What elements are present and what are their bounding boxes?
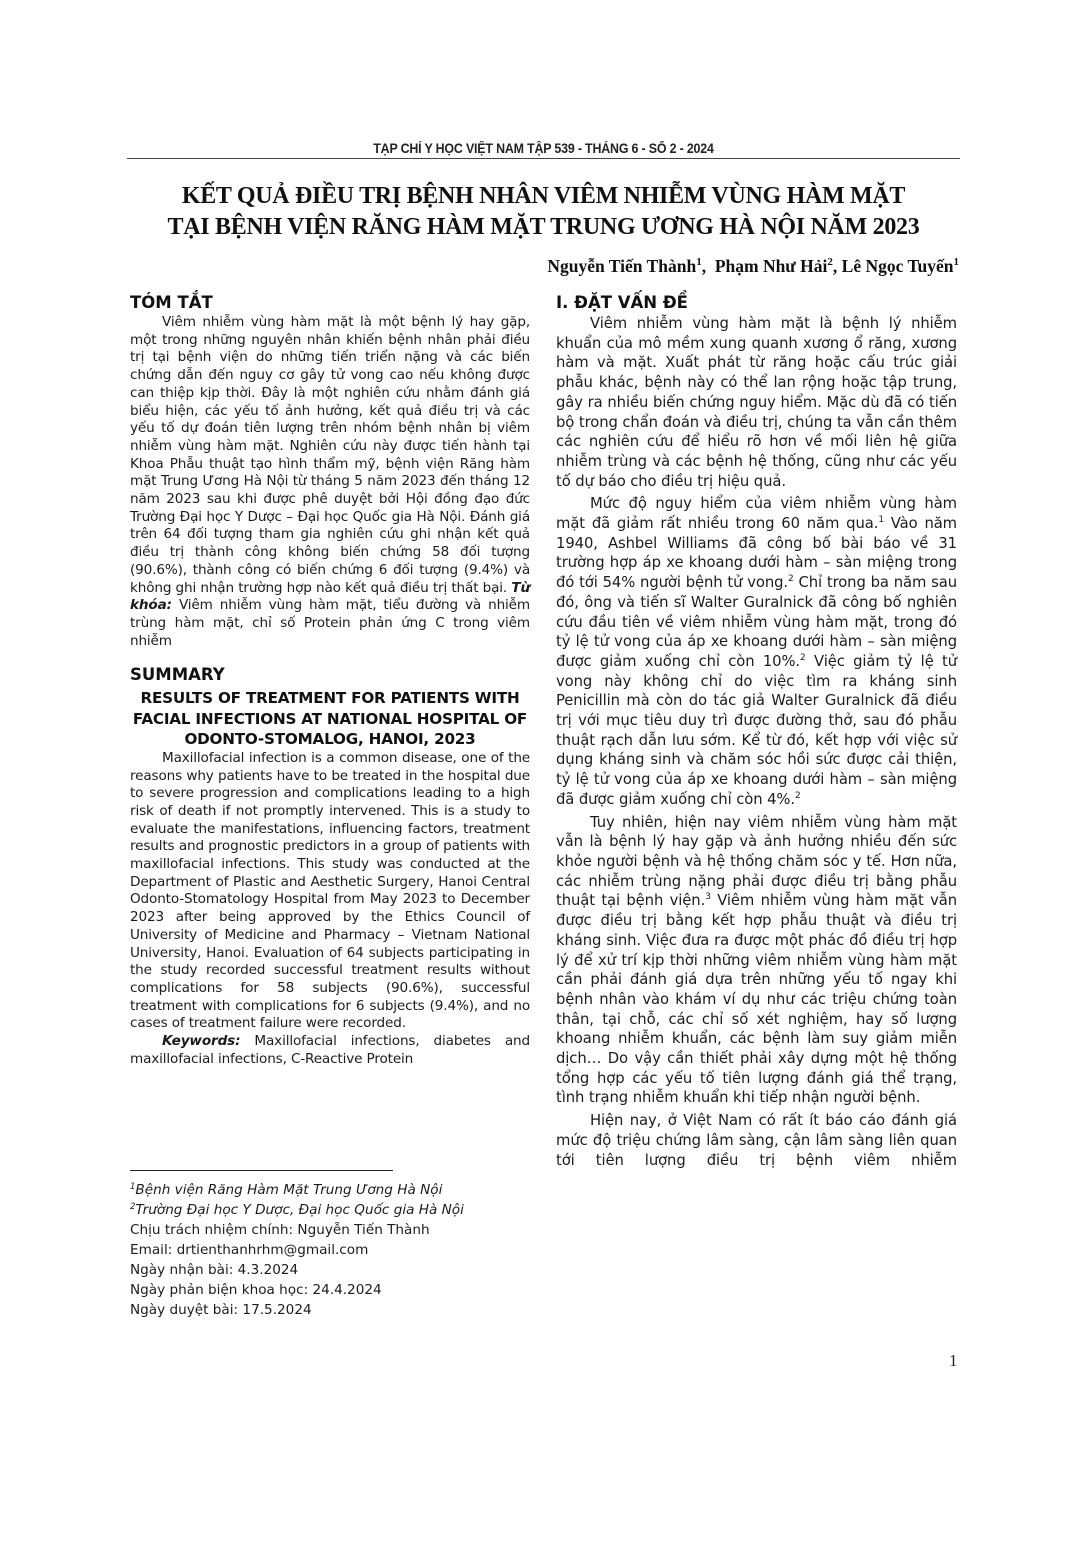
abstract-vi-body: Viêm nhiễm vùng hàm mặt là một bệnh lý h… xyxy=(130,314,530,650)
abstract-vi-text: Viêm nhiễm vùng hàm mặt là một bệnh lý h… xyxy=(130,314,530,596)
author-list: Nguyễn Tiến Thành1, Phạm Như Hải2, Lê Ng… xyxy=(547,256,959,277)
footnote-rule xyxy=(130,1170,393,1171)
header-rule xyxy=(127,158,960,159)
date-accepted: Ngày duyệt bài: 17.5.2024 xyxy=(130,1300,530,1320)
summary-heading: SUMMARY xyxy=(130,664,530,686)
text-run: Viêm nhiễm vùng hàm mặt vẫn được điều tr… xyxy=(556,892,957,1106)
english-title: RESULTS OF TREATMENT FOR PATIENTS WITH F… xyxy=(130,688,530,750)
page-number: 1 xyxy=(949,1351,958,1371)
affiliation-2-text: Trường Đại học Y Dược, Đại học Quốc gia … xyxy=(135,1202,463,1218)
introduction-heading: I. ĐẶT VẤN ĐỀ xyxy=(556,292,957,314)
keywords-en-label: Keywords: xyxy=(162,1033,240,1049)
keywords-vi: Viêm nhiễm vùng hàm mặt, tiểu đường và n… xyxy=(130,597,530,648)
right-column: I. ĐẶT VẤN ĐỀ Viêm nhiễm vùng hàm mặt là… xyxy=(556,292,957,1170)
corresponding-author: Chịu trách nhiệm chính: Nguyễn Tiến Thàn… xyxy=(130,1220,530,1240)
running-head: TẠP CHÍ Y HỌC VIỆT NAM TẬP 539 - THÁNG 6… xyxy=(160,141,926,156)
affiliation-1-text: Bệnh viện Răng Hàm Mặt Trung Ương Hà Nội xyxy=(135,1182,442,1198)
author-name: Lê Ngọc Tuyến xyxy=(842,256,954,276)
intro-paragraph-2: Mức độ nguy hiểm của viêm nhiễm vùng hàm… xyxy=(556,494,957,809)
author-affiliation-mark: 1 xyxy=(954,256,960,268)
keywords-en: Keywords: Maxillofacial infections, diab… xyxy=(130,1033,530,1068)
author-name: Phạm Như Hải xyxy=(715,256,828,276)
article-title: KẾT QUẢ ĐIỀU TRỊ BỆNH NHÂN VIÊM NHIỄM VÙ… xyxy=(127,181,960,243)
text-run: Việc giảm tỷ lệ tử vong này không chỉ do… xyxy=(556,653,957,808)
intro-paragraph-4: Hiện nay, ở Việt Nam có rất ít báo cáo đ… xyxy=(556,1111,957,1170)
journal-page: TẠP CHÍ Y HỌC VIỆT NAM TẬP 539 - THÁNG 6… xyxy=(0,0,1090,1541)
title-line-2: TẠI BỆNH VIỆN RĂNG HÀM MẶT TRUNG ƯƠNG HÀ… xyxy=(127,212,960,243)
intro-paragraph-3: Tuy nhiên, hiện nay viêm nhiễm vùng hàm … xyxy=(556,813,957,1109)
left-column: TÓM TẮT Viêm nhiễm vùng hàm mặt là một b… xyxy=(130,292,530,1069)
citation-ref: 2 xyxy=(795,791,801,801)
author-separator: , xyxy=(702,256,715,276)
footnotes: 1Bệnh viện Răng Hàm Mặt Trung Ương Hà Nộ… xyxy=(130,1180,530,1320)
title-line-1: KẾT QUẢ ĐIỀU TRỊ BỆNH NHÂN VIÊM NHIỄM VÙ… xyxy=(127,181,960,212)
affiliation-2: 2Trường Đại học Y Dược, Đại học Quốc gia… xyxy=(130,1200,530,1220)
affiliation-1: 1Bệnh viện Răng Hàm Mặt Trung Ương Hà Nộ… xyxy=(130,1180,530,1200)
summary-body: Maxillofacial infection is a common dise… xyxy=(130,750,530,1033)
date-reviewed: Ngày phản biện khoa học: 24.4.2024 xyxy=(130,1280,530,1300)
date-received: Ngày nhận bài: 4.3.2024 xyxy=(130,1260,530,1280)
abstract-heading: TÓM TẮT xyxy=(130,292,530,314)
intro-paragraph-1: Viêm nhiễm vùng hàm mặt là bệnh lý nhiễm… xyxy=(556,314,957,491)
author-separator: , xyxy=(833,256,842,276)
email: Email: drtienthanhrhm@gmail.com xyxy=(130,1240,530,1260)
author-name: Nguyễn Tiến Thành xyxy=(547,256,696,276)
